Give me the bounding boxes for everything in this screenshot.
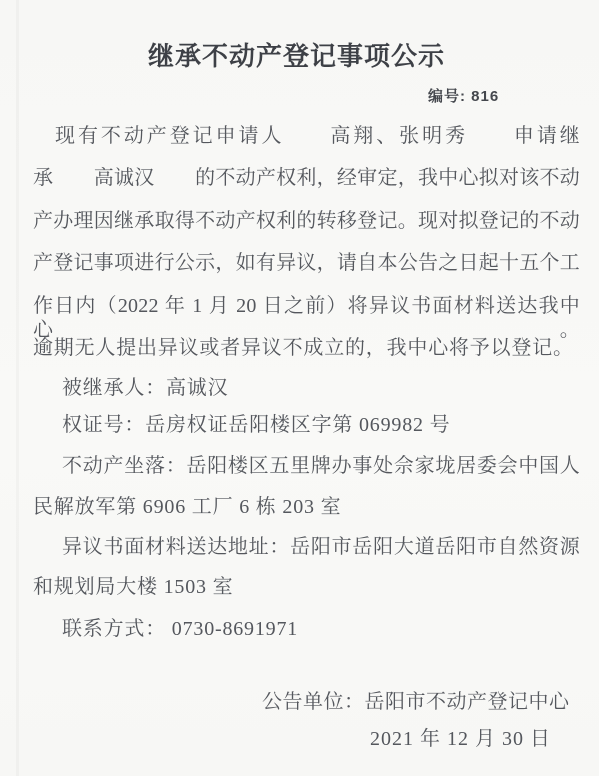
property-location-line-2: 民解放军第 6906 工厂 6 栋 203 室 xyxy=(33,495,580,519)
certificate-number-line: 权证号：岳房权证岳阳楼区字第 069982 号 xyxy=(62,413,580,437)
property-location-line-1: 不动产坐落：岳阳楼区五里牌办事处佘家垅居委会中国人 xyxy=(33,454,580,478)
paragraph-line-2: 承 高诚汉 的不动产权利，经审定，我中心拟对该不动 xyxy=(33,166,580,190)
doc-number: 编号: 816 xyxy=(428,88,499,106)
objection-address-line-2: 和规划局大楼 1503 室 xyxy=(33,575,580,599)
paragraph-line-3: 产办理因继承取得不动产权利的转移登记。现对拟登记的不动 xyxy=(33,209,580,233)
issue-date-line: 2021 年 12 月 30 日 xyxy=(370,727,551,751)
scan-artifact xyxy=(16,0,19,776)
decedent-line: 被继承人：高诚汉 xyxy=(62,376,580,400)
notice-title: 继承不动产登记事项公示 xyxy=(0,41,593,72)
issuing-authority-line: 公告单位：岳阳市不动产登记中心 xyxy=(262,690,570,714)
paragraph-line-1: 现有不动产登记申请人 高翔、张明秀 申请继 xyxy=(33,124,580,148)
paragraph-line-6: 逾期无人提出异议或者异议不成立的，我中心将予以登记。 xyxy=(33,336,580,360)
objection-address-line-1: 异议书面材料送达地址：岳阳市岳阳大道岳阳市自然资源 xyxy=(33,535,580,559)
contact-phone-line: 联系方式： 0730-8691971 xyxy=(62,617,580,641)
paragraph-line-4: 产登记事项进行公示，如有异议，请自本公告之日起十五个工 xyxy=(33,251,580,275)
paragraph-line-5: 作日内（2022 年 1 月 20 日之前）将异议书面材料送达我中心。 xyxy=(33,294,580,342)
notice-document: 继承不动产登记事项公示 编号: 816 现有不动产登记申请人 高翔、张明秀 申请… xyxy=(0,0,599,776)
